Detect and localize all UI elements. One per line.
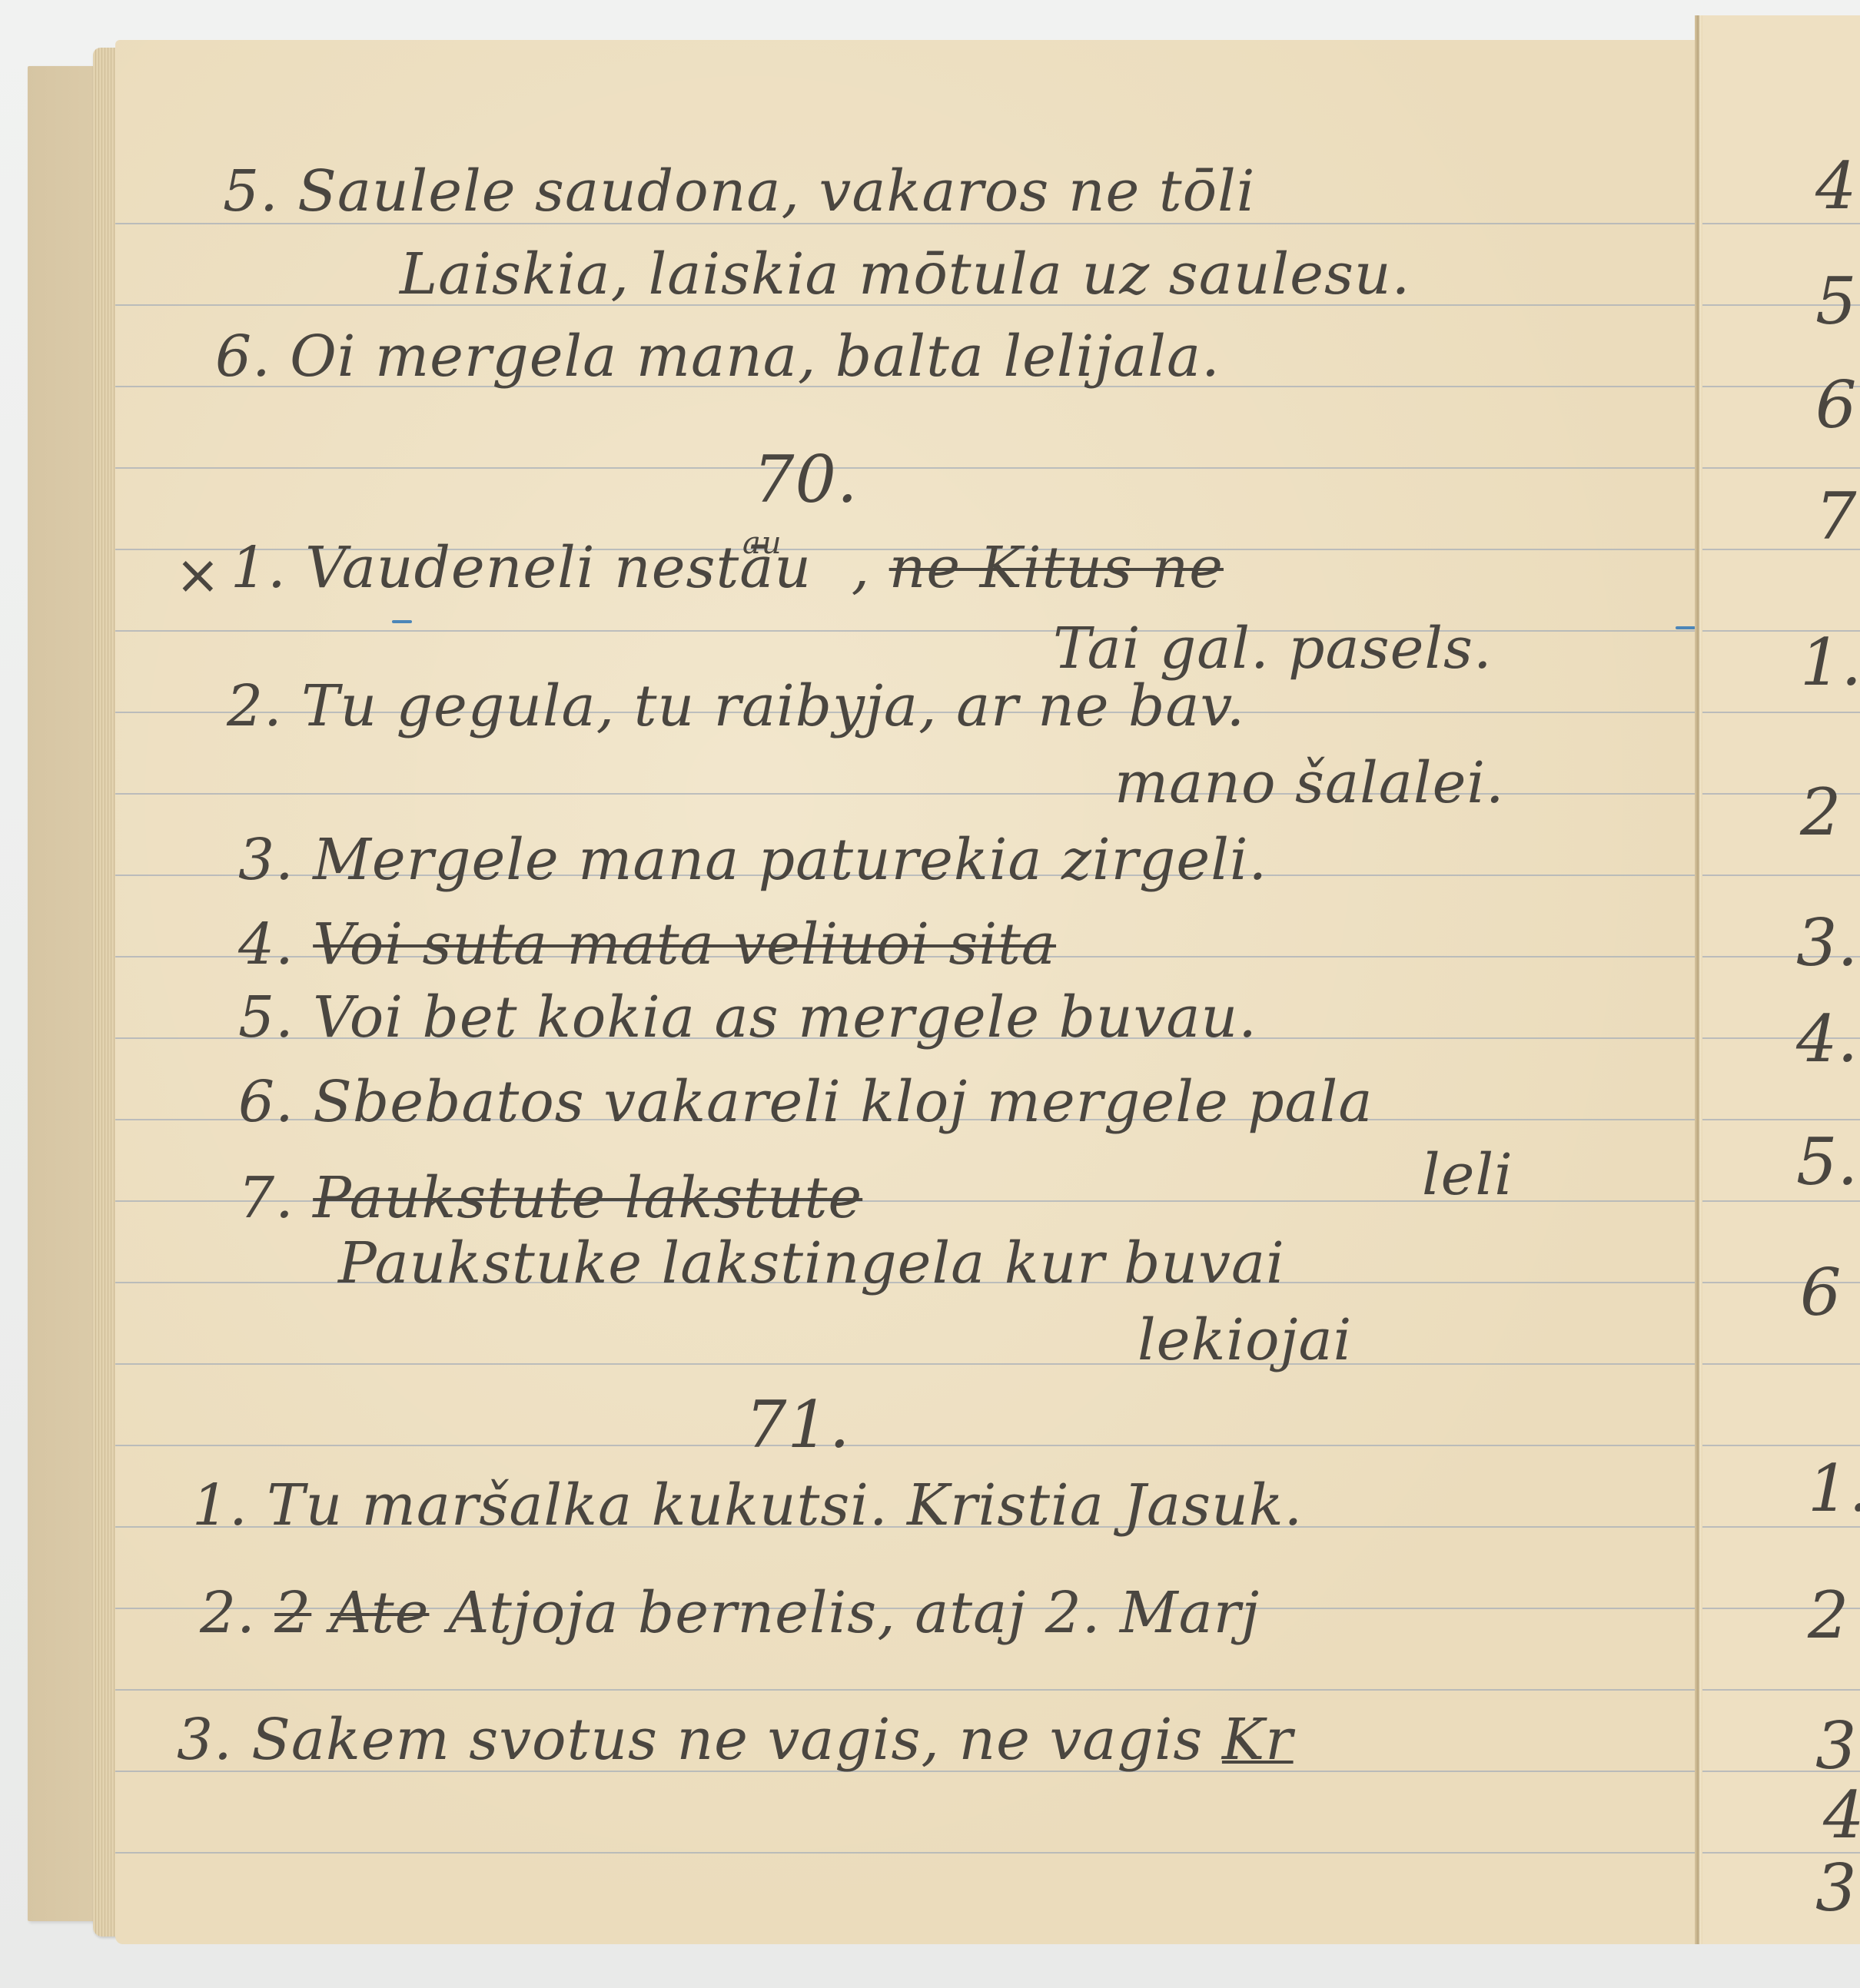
blue-ink-mark bbox=[392, 620, 412, 623]
entry-text: Vaudeneli nestāu bbox=[305, 535, 812, 601]
ruled-line bbox=[1700, 1200, 1860, 1202]
entry-70-3: 3. Mergele mana paturekia zirgeli. bbox=[238, 831, 1267, 888]
right-margin-number: 4 bbox=[1823, 1783, 1860, 1847]
ruled-line bbox=[1700, 467, 1860, 469]
entry-71-2: 2. 2 Ate Atjoja bernelis, ataj 2. Marj bbox=[200, 1585, 1260, 1641]
entry-71-3: 3. Sakem svotus ne vagis, ne vagis Kr bbox=[177, 1711, 1294, 1768]
struck-text: Ate bbox=[330, 1580, 430, 1646]
right-margin-number: 3. bbox=[1796, 911, 1858, 975]
entry-text: lekiojai bbox=[1138, 1307, 1352, 1373]
section-heading-70: 70. bbox=[753, 447, 859, 512]
entry-text: Mergele mana paturekia zirgeli. bbox=[313, 827, 1267, 893]
entry-number: 5. bbox=[238, 984, 294, 1050]
ruled-line bbox=[1700, 1363, 1860, 1365]
entry-70-2: 2. Tu gegula, tu raibyja, ar ne bav. bbox=[227, 678, 1245, 735]
right-margin-number: 3. bbox=[1815, 1714, 1860, 1778]
entry-70-7-continuation: lekiojai bbox=[1138, 1312, 1352, 1369]
right-margin-number: 2 bbox=[1800, 780, 1841, 845]
entry-text: Laiskia, laiskia mōtula uz saulesu. bbox=[400, 241, 1410, 307]
entry-text: Tai gal. pasels. bbox=[1053, 616, 1493, 682]
struck-number: 2 bbox=[274, 1580, 311, 1646]
entry-70-1-continuation: Tai gal. pasels. bbox=[1053, 620, 1493, 677]
section-heading-71: 71. bbox=[746, 1392, 851, 1457]
entry-text: mano šalalei. bbox=[1114, 750, 1505, 816]
right-margin-number: 5 bbox=[1815, 269, 1856, 334]
entry-number: 6. bbox=[215, 324, 271, 390]
entry-70-6: 6. Sbebatos vakareli kloj mergele pala bbox=[238, 1074, 1373, 1130]
entry-number: 1. bbox=[231, 535, 287, 601]
entry-number: 5. bbox=[223, 158, 279, 224]
entry-69-6: 6. Oi mergela mana, balta lelijala. bbox=[215, 328, 1221, 385]
ruled-line bbox=[1700, 875, 1860, 876]
right-margin-number: 6 bbox=[1815, 373, 1856, 437]
ruled-line bbox=[115, 1363, 1700, 1365]
entry-text: Sakem svotus ne vagis, ne vagis bbox=[251, 1707, 1203, 1773]
ruled-line bbox=[115, 1445, 1700, 1446]
ruled-line bbox=[1700, 1119, 1860, 1120]
entry-70-5: 5. Voi bet kokia as mergele buvau. bbox=[238, 989, 1257, 1046]
entry-text: Atjoja bernelis, ataj 2. Marj bbox=[448, 1580, 1260, 1646]
ruled-line bbox=[1700, 1526, 1860, 1528]
underlined-text: Kr bbox=[1222, 1707, 1294, 1773]
blue-ink-mark bbox=[1676, 626, 1696, 629]
left-page: 5. Saulele saudona, vakaros ne tōli Lais… bbox=[115, 40, 1700, 1944]
entry-71-1: 1. Tu maršalka kukutsi. Kristia Jasuk. bbox=[192, 1477, 1303, 1534]
entry-text: leli bbox=[1422, 1142, 1513, 1208]
struck-text: Voi suta mata veliuoi sita bbox=[313, 911, 1056, 977]
ruled-line bbox=[1700, 1445, 1860, 1446]
right-margin-number: 4 bbox=[1815, 154, 1856, 218]
entry-69-5: 5. Saulele saudona, vakaros ne tōli bbox=[223, 163, 1255, 220]
right-margin-number: 7 bbox=[1815, 484, 1856, 549]
ruled-line bbox=[1700, 1689, 1860, 1691]
entry-text: Voi bet kokia as mergele buvau. bbox=[313, 984, 1257, 1050]
ruled-line bbox=[115, 1689, 1700, 1691]
entry-text: Sbebatos vakareli kloj mergele pala bbox=[313, 1069, 1373, 1135]
right-margin-number: 5. bbox=[1796, 1130, 1858, 1194]
entry-number: 2. bbox=[200, 1580, 256, 1646]
ruled-line bbox=[115, 1852, 1700, 1854]
entry-number: 7. bbox=[238, 1165, 294, 1231]
right-margin-number: 3 bbox=[1815, 1856, 1856, 1920]
ruled-line bbox=[115, 467, 1700, 469]
entry-text: Oi mergela mana, balta lelijala. bbox=[290, 324, 1220, 390]
entry-70-7: 7. Paukstute lakstute bbox=[238, 1170, 862, 1226]
notebook-scan: 5. Saulele saudona, vakaros ne tōli Lais… bbox=[0, 0, 1860, 1988]
entry-70-1: 1. Vaudeneli nestāuau, ne Kitus ne bbox=[231, 539, 1224, 596]
correction-superscript: au bbox=[742, 526, 782, 561]
page-gutter bbox=[1695, 15, 1702, 1944]
entry-number: 1. bbox=[192, 1472, 248, 1538]
struck-text: ne Kitus ne bbox=[889, 535, 1224, 601]
entry-70-7-corrected: Paukstuke lakstingela kur buvai bbox=[338, 1235, 1285, 1292]
entry-text: Saulele saudona, vakaros ne tōli bbox=[297, 158, 1255, 224]
entry-text: Tu gegula, tu raibyja, ar ne bav. bbox=[301, 673, 1245, 739]
entry-70-4: 4. Voi suta mata veliuoi sita bbox=[238, 916, 1056, 973]
entry-text: Tu maršalka kukutsi. Kristia Jasuk. bbox=[267, 1472, 1303, 1538]
entry-70-2-continuation: mano šalalei. bbox=[1114, 755, 1505, 811]
right-margin-number: 2 bbox=[1808, 1583, 1848, 1648]
entry-69-5-continuation: Laiskia, laiskia mōtula uz saulesu. bbox=[400, 246, 1410, 303]
struck-text: Paukstute lakstute bbox=[313, 1165, 862, 1231]
right-margin-number: 6 bbox=[1800, 1260, 1841, 1325]
margin-x-mark: × bbox=[175, 543, 221, 606]
entry-number: 2. bbox=[227, 673, 283, 739]
right-margin-number: 1. bbox=[1800, 630, 1860, 695]
entry-punctuation: , bbox=[852, 535, 871, 601]
entry-70-6-continuation: leli bbox=[1422, 1147, 1513, 1203]
entry-text: Paukstuke lakstingela kur buvai bbox=[338, 1230, 1285, 1296]
right-page: 4 5 6 7 1. 2 3. 4. 5. 6 1. 2 3. 4 3 bbox=[1700, 15, 1860, 1944]
right-margin-number: 1. bbox=[1808, 1456, 1860, 1521]
entry-number: 4. bbox=[238, 911, 294, 977]
ruled-line bbox=[1700, 712, 1860, 713]
entry-number: 6. bbox=[238, 1069, 294, 1135]
entry-number: 3. bbox=[238, 827, 294, 893]
entry-number: 3. bbox=[177, 1707, 233, 1773]
right-margin-number: 4. bbox=[1796, 1007, 1858, 1071]
